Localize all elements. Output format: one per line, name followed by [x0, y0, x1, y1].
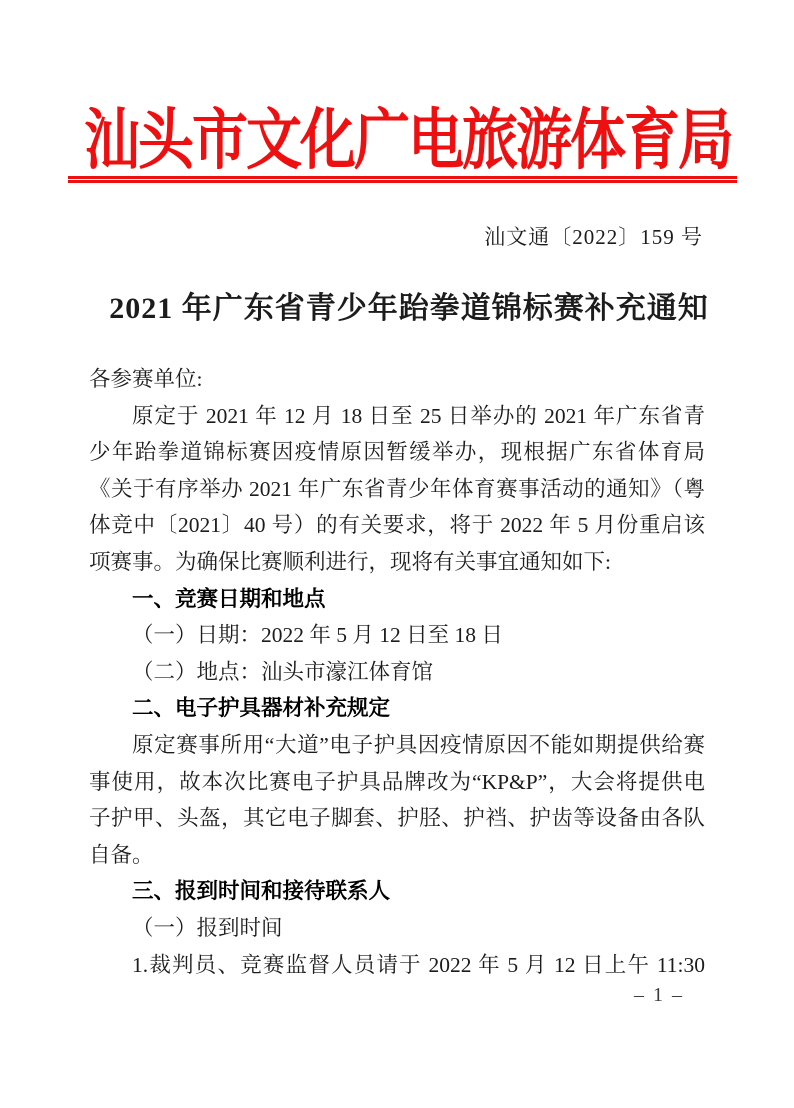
agency-letterhead: 汕头市文化广电旅游体育局	[0, 88, 794, 182]
body-line: 少年跆拳道锦标赛因疫情原因暂缓举办，现根据广东省体育局	[89, 434, 705, 471]
page-number: – 1 –	[634, 984, 684, 1007]
section-3-heading: 三、报到时间和接待联系人	[89, 873, 705, 910]
section-2-heading: 二、电子护具器材补充规定	[89, 690, 705, 727]
body-line: 原定于 2021 年 12 月 18 日至 25 日举办的 2021 年广东省青	[89, 398, 705, 435]
body-line: 项赛事。为确保比赛顺利进行，现将有关事宜通知如下:	[89, 544, 705, 581]
body-line: 体竞中〔2021〕40 号）的有关要求，将于 2022 年 5 月份重启该	[89, 507, 705, 544]
section-1-item-date: （一）日期：2022 年 5 月 12 日至 18 日	[89, 617, 705, 654]
section-3-item-checkin: （一）报到时间	[89, 910, 705, 947]
body-line: 事使用，故本次比赛电子护具品牌改为“KP&P”，大会将提供电	[89, 764, 705, 801]
section-1-item-venue: （二）地点：汕头市濠江体育馆	[89, 654, 705, 691]
document-title: 2021 年广东省青少年跆拳道锦标赛补充通知	[0, 283, 794, 327]
body-line: 子护甲、头盔，其它电子脚套、护胫、护裆、护齿等设备由各队	[89, 800, 705, 837]
body-line: 《关于有序举办 2021 年广东省青少年体育赛事活动的通知》（粤	[89, 471, 705, 508]
section-1-heading: 一、竞赛日期和地点	[89, 581, 705, 618]
document-page: 汕头市文化广电旅游体育局 汕文通〔2022〕159 号 2021 年广东省青少年…	[0, 0, 794, 1108]
document-number: 汕文通〔2022〕159 号	[484, 221, 703, 251]
body-line: 原定赛事所用“大道”电子护具因疫情原因不能如期提供给赛	[89, 727, 705, 764]
body-line: 1.裁判员、竞赛监督人员请于 2022 年 5 月 12 日上午 11:30	[89, 947, 705, 984]
body-line: 自备。	[89, 837, 705, 874]
document-body: 各参赛单位: 原定于 2021 年 12 月 18 日至 25 日举办的 202…	[89, 361, 705, 983]
salutation-line: 各参赛单位:	[89, 361, 705, 398]
letterhead-divider-line	[68, 176, 737, 183]
